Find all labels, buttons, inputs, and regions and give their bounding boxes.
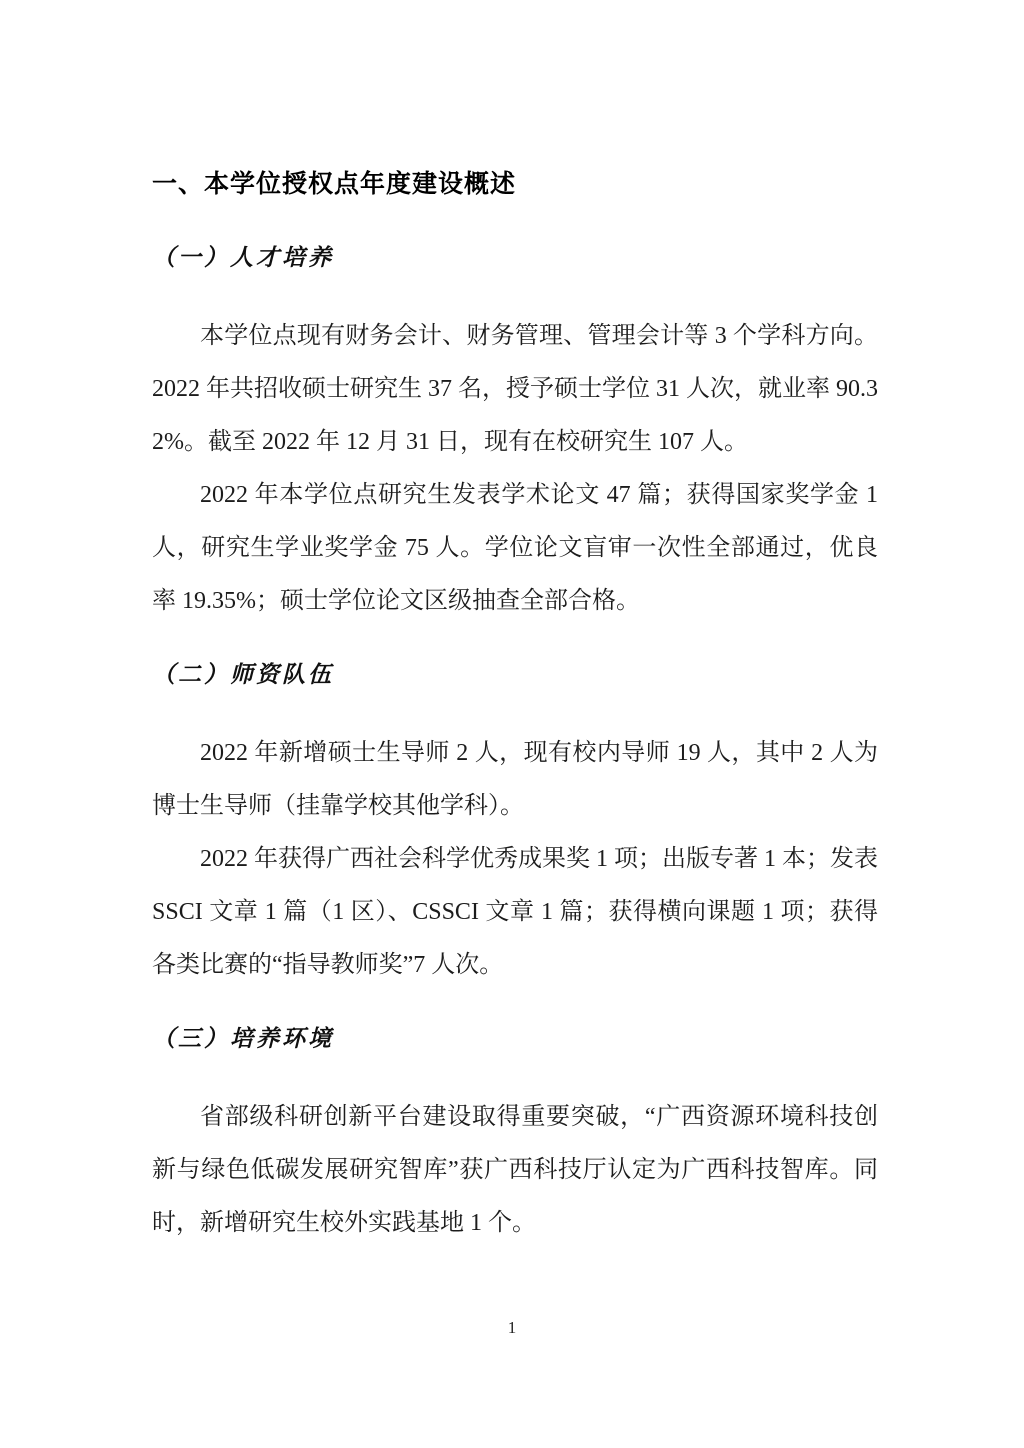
section-title-faculty-team: （二）师资队伍	[152, 648, 878, 701]
section-training-environment: （三）培养环境 省部级科研创新平台建设取得重要突破，“广西资源环境科技创新与绿色…	[152, 1012, 878, 1250]
section-talent-cultivation: （一）人才培养 本学位点现有财务会计、财务管理、管理会计等 3 个学科方向。20…	[152, 231, 878, 628]
section-faculty-team: （二）师资队伍 2022 年新增硕士生导师 2 人，现有校内导师 19 人，其中…	[152, 648, 878, 992]
section-title-training-environment: （三）培养环境	[152, 1012, 878, 1065]
paragraph: 本学位点现有财务会计、财务管理、管理会计等 3 个学科方向。2022 年共招收硕…	[152, 310, 878, 469]
document-page: 一、本学位授权点年度建设概述 （一）人才培养 本学位点现有财务会计、财务管理、管…	[0, 0, 1024, 1448]
paragraph: 2022 年获得广西社会科学优秀成果奖 1 项；出版专著 1 本；发表 SSCI…	[152, 833, 878, 992]
section-title-talent-cultivation: （一）人才培养	[152, 231, 878, 284]
paragraph: 省部级科研创新平台建设取得重要突破，“广西资源环境科技创新与绿色低碳发展研究智库…	[152, 1091, 878, 1250]
page-number: 1	[0, 1318, 1024, 1338]
paragraph: 2022 年新增硕士生导师 2 人，现有校内导师 19 人，其中 2 人为博士生…	[152, 727, 878, 833]
paragraph: 2022 年本学位点研究生发表学术论文 47 篇；获得国家奖学金 1 人，研究生…	[152, 469, 878, 628]
main-heading: 一、本学位授权点年度建设概述	[152, 158, 878, 211]
